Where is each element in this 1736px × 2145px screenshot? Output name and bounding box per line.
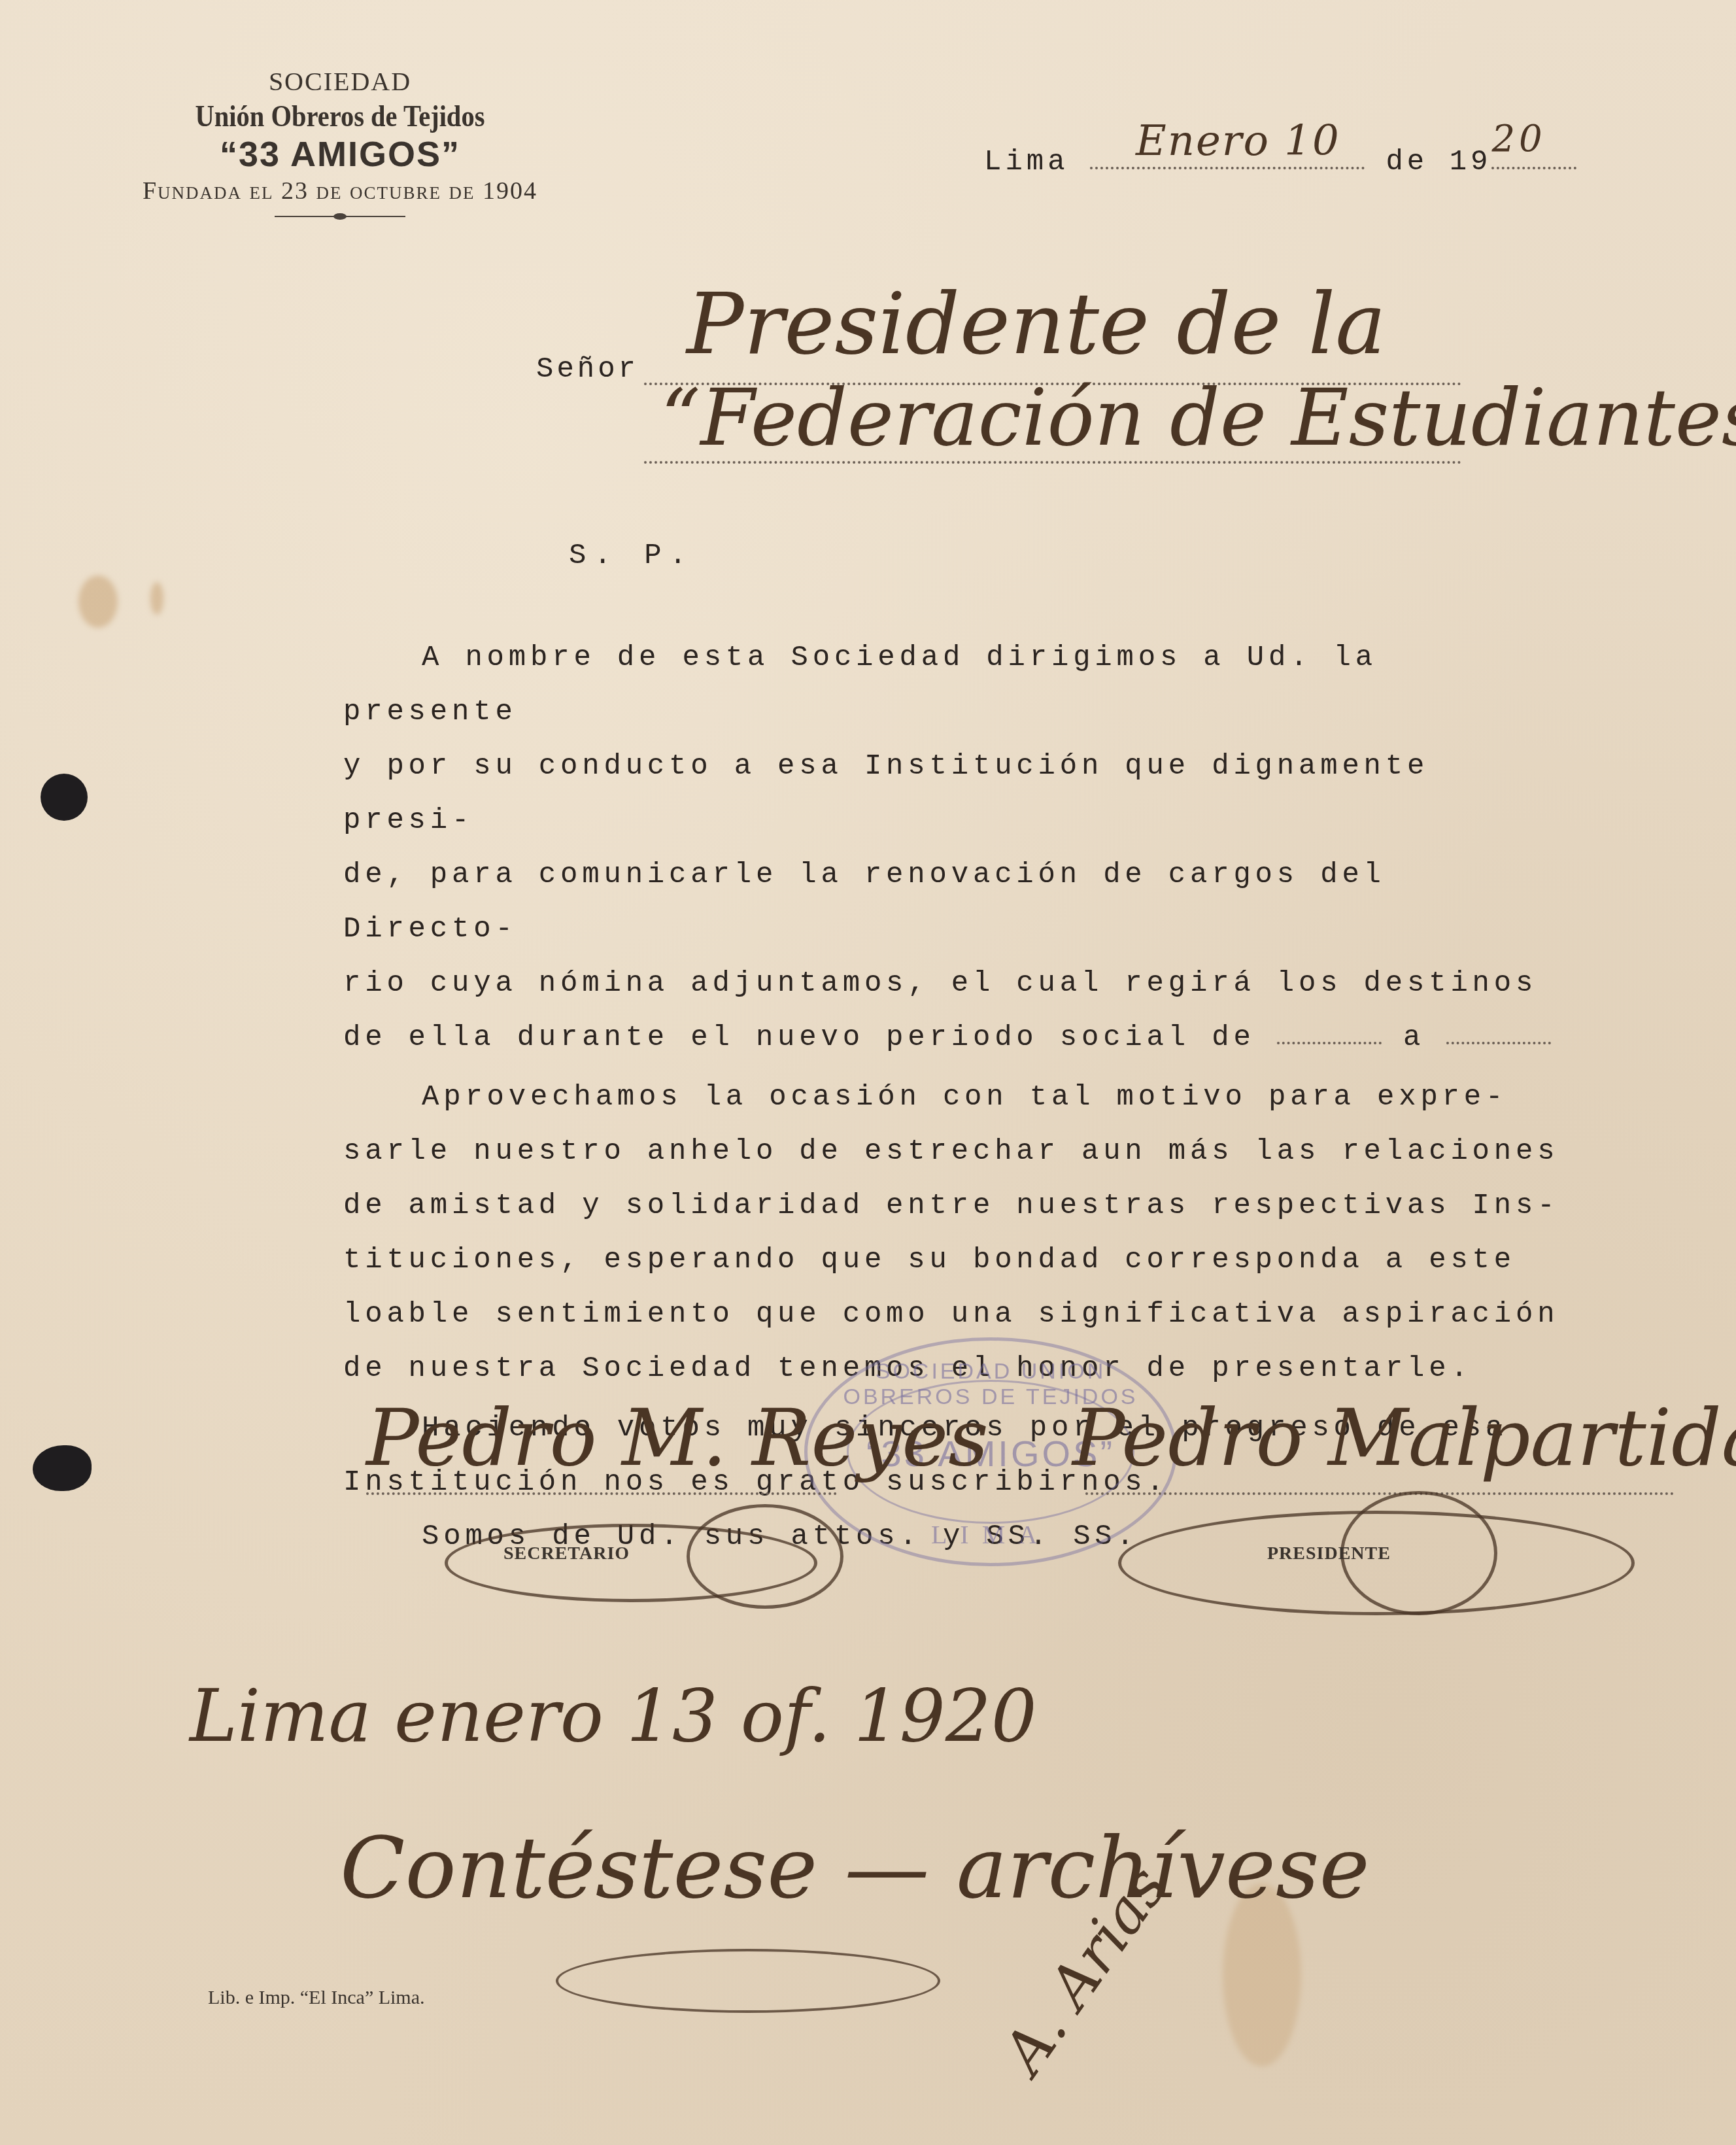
stain <box>78 575 118 628</box>
addressee-label: Señor <box>536 353 639 386</box>
date-de: de <box>1386 146 1428 179</box>
annotation-date: Lima enero 13 of. 1920 <box>190 1674 1037 1758</box>
body-line: y por su conducto a esa Institución que … <box>343 740 1566 848</box>
stain <box>150 582 163 615</box>
body-line-period: de ella durante el nuevo periodo social … <box>343 1011 1566 1065</box>
body-line: de amistad y solidaridad entre nuestras … <box>343 1179 1566 1233</box>
president-signature-line <box>1085 1492 1674 1495</box>
letterhead-founded: Fundada el 23 de octubre de 1904 <box>92 174 588 208</box>
letterhead-amigos: “33 AMIGOS” <box>92 135 588 174</box>
date-year-handwritten: 20 <box>1491 118 1546 160</box>
punch-hole-top <box>41 774 88 821</box>
addressee-handwritten-1: Presidente de la <box>687 275 1386 373</box>
body-line: A nombre de esta Sociedad dirigimos a Ud… <box>343 631 1566 740</box>
date-year-field: 20 <box>1491 134 1576 169</box>
date-city: Lima <box>984 146 1069 179</box>
addressee-handwritten-2: “Federación de Estudiantes” <box>660 373 1736 464</box>
date-year-prefix: 19 <box>1450 146 1492 179</box>
stamp-bottom-text: LIMA <box>808 1519 1174 1550</box>
annotation-instruction: Contéstese — archívese <box>340 1818 1370 1917</box>
period-start-blank <box>1277 1030 1382 1044</box>
period-end-blank <box>1446 1030 1551 1044</box>
body-line: sarle nuestro anhelo de estrechar aun má… <box>343 1125 1566 1179</box>
salutation: S. P. <box>569 540 694 572</box>
date-month-handwritten: Enero 10 <box>1136 117 1340 165</box>
body-line: tituciones, esperando que su bondad corr… <box>343 1233 1566 1288</box>
annotation-flourish-icon <box>556 1949 940 2013</box>
president-signature: Pedro Malpartida <box>1072 1393 1736 1484</box>
date-month-field: Enero 10 <box>1090 134 1365 169</box>
secretary-signature-line <box>366 1492 837 1495</box>
body-line: de, para comunicarle la renovación de ca… <box>343 848 1566 957</box>
date-line: Lima Enero 10 de 1920 <box>984 134 1576 179</box>
president-role-label: PRESIDENTE <box>1267 1543 1391 1564</box>
secretary-flourish-icon <box>687 1504 843 1609</box>
body-line: rio cuya nómina adjuntamos, el cual regi… <box>343 957 1566 1011</box>
punch-hole-bottom <box>33 1445 92 1491</box>
printer-imprint: Lib. e Imp. “El Inca” Lima. <box>208 1987 425 2009</box>
letterhead-society: SOCIEDAD <box>92 65 588 98</box>
secretary-role-label: SECRETARIO <box>503 1543 630 1564</box>
secretary-signature: Pedro M. Reyes <box>366 1393 989 1484</box>
letterhead: SOCIEDAD Unión Obreros de Tejidos “33 AM… <box>92 65 588 220</box>
body-line: loable sentimiento que como una signific… <box>343 1288 1566 1342</box>
ornament-divider-icon <box>275 213 405 220</box>
letterhead-union-name: Unión Obreros de Tejidos <box>122 98 559 135</box>
body-line: Aprovechamos la ocasión con tal motivo p… <box>343 1071 1566 1125</box>
